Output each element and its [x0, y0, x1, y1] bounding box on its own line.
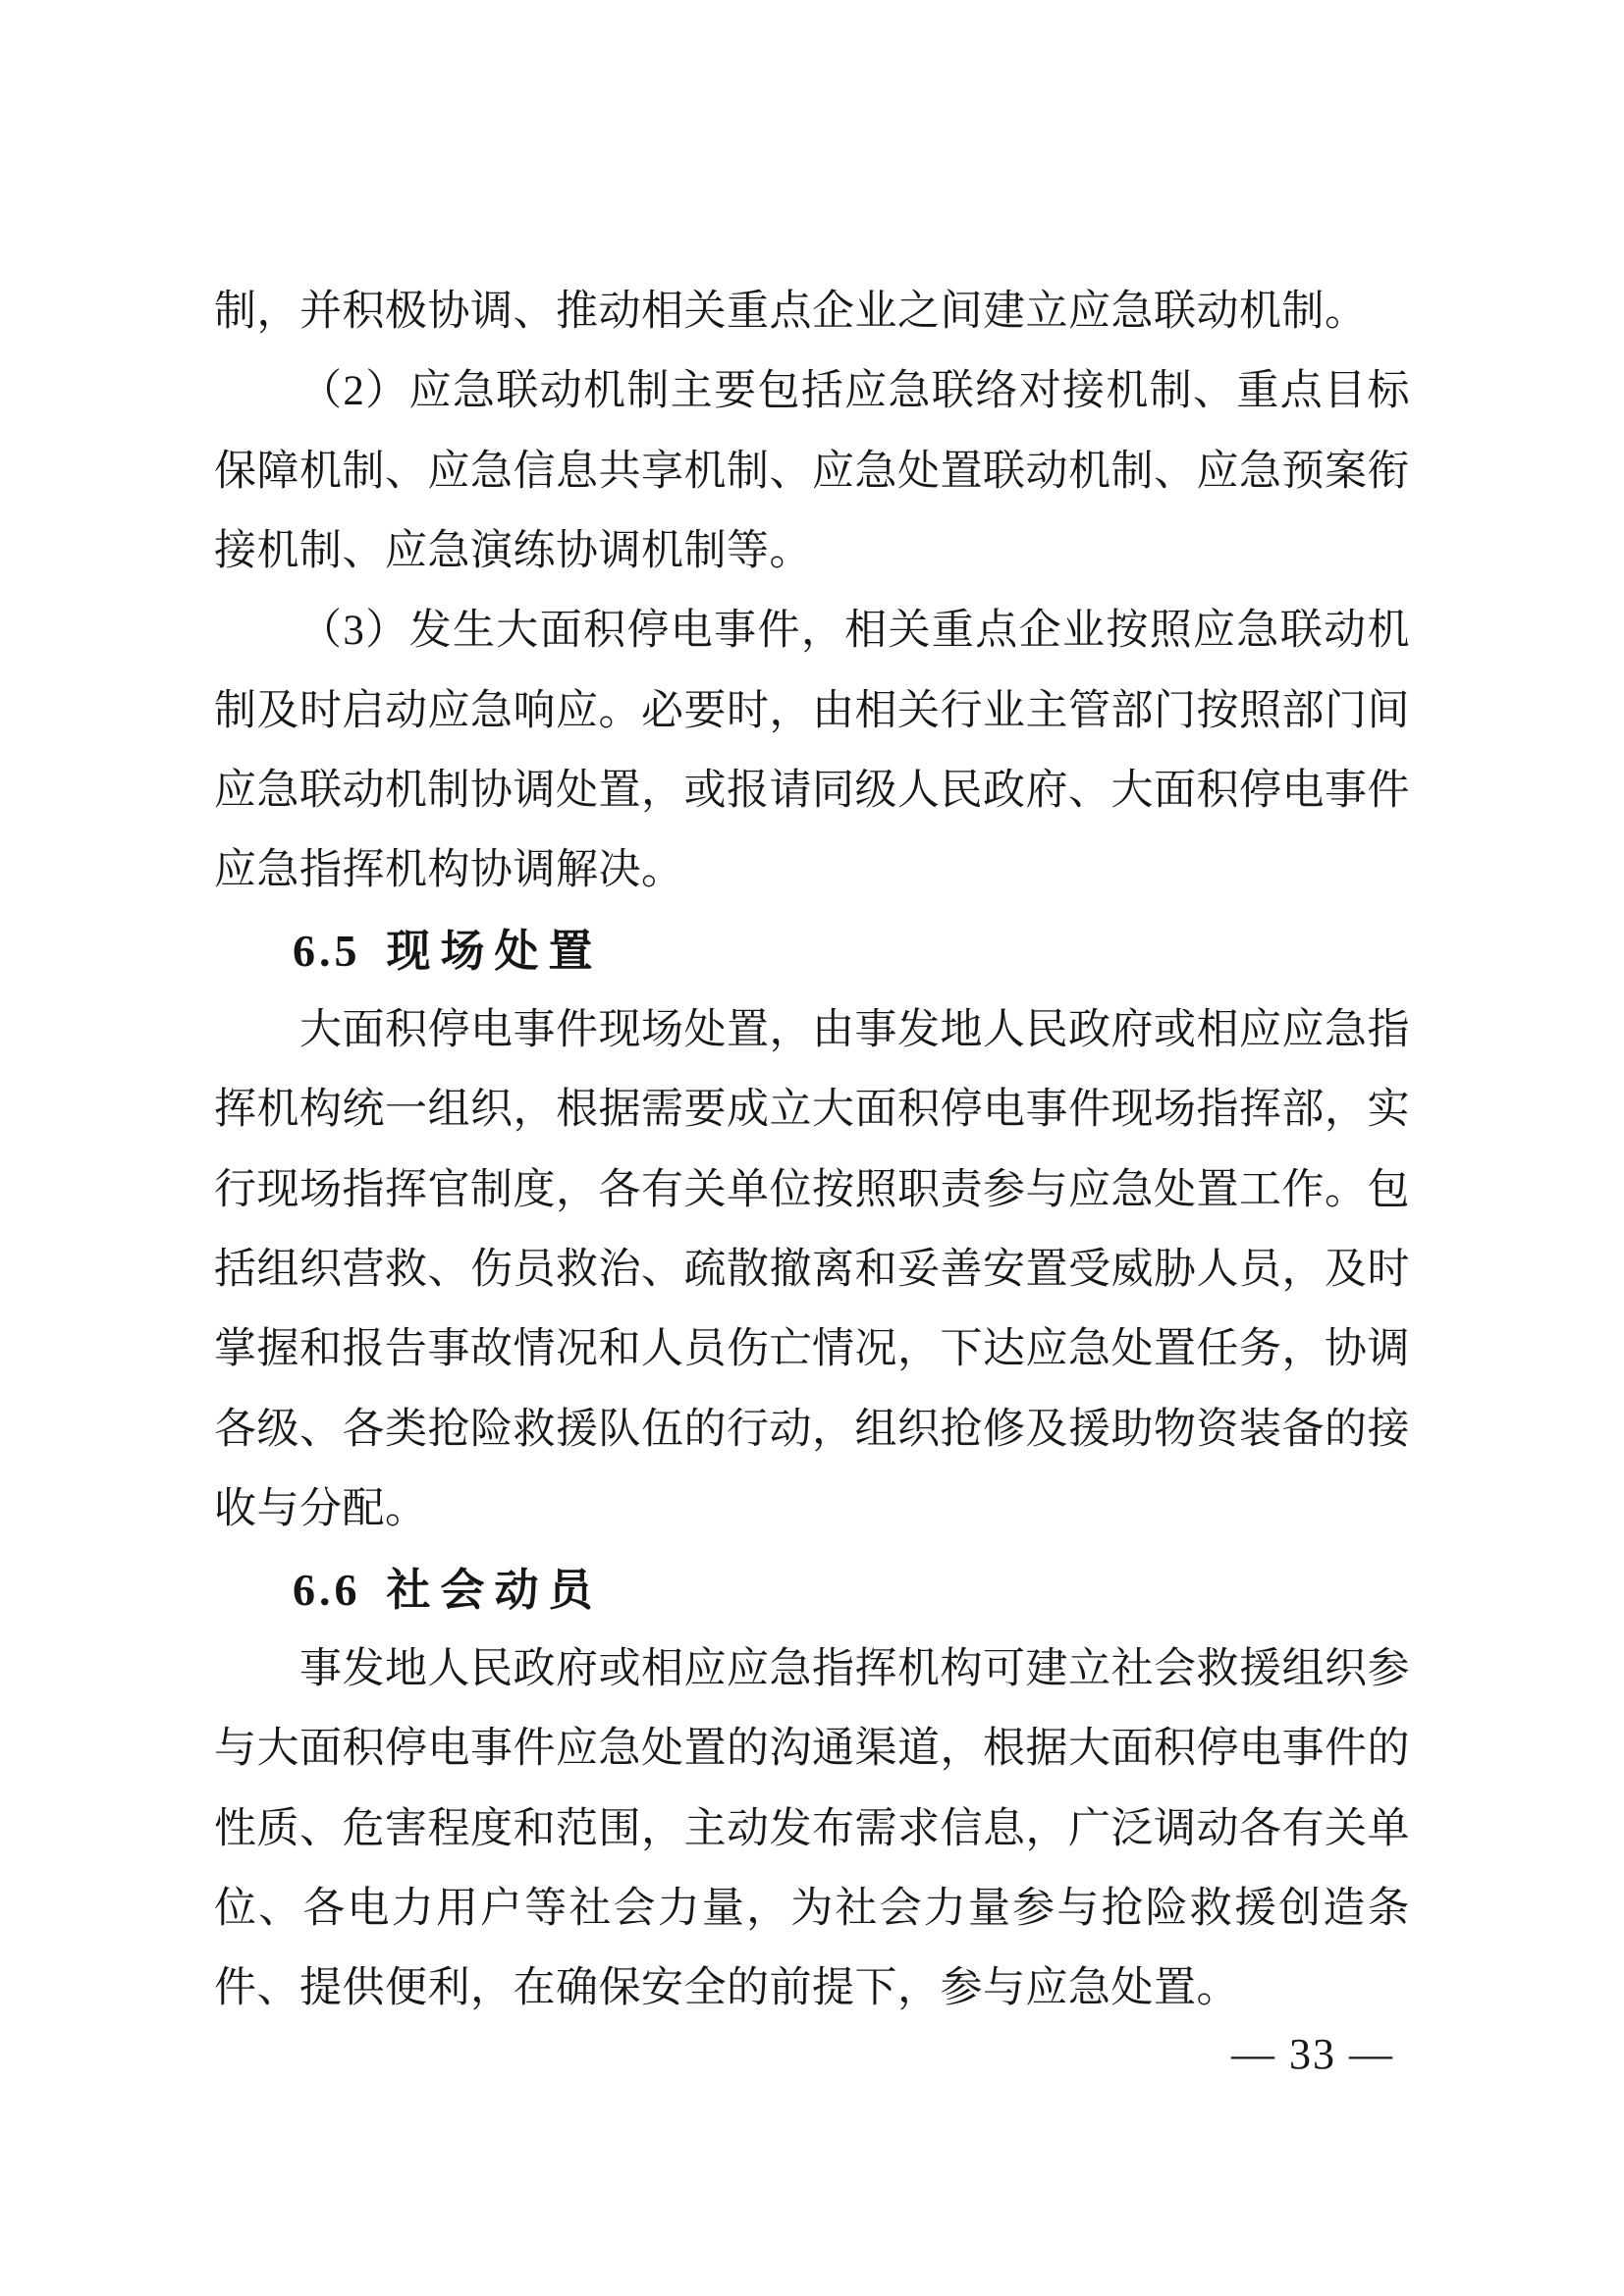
text-line: 与大面积停电事件应急处置的沟通渠道，根据大面积停电事件的	[214, 1709, 1410, 1789]
text-line: 挥机构统一组织，根据需要成立大面积停电事件现场指挥部，实	[214, 1070, 1410, 1149]
text-line: 行现场指挥官制度，各有关单位按照职责参与应急处置工作。包	[214, 1150, 1410, 1230]
section-number: 6.6	[293, 1565, 361, 1615]
section-title: 现场处置	[387, 927, 603, 976]
section-number: 6.5	[293, 926, 361, 976]
page-number: — 33 —	[1231, 2024, 1394, 2085]
text-line: 大面积停电事件现场处置，由事发地人民政府或相应应急指	[214, 990, 1410, 1070]
text-line: 事发地人民政府或相应应急指挥机构可建立社会救援组织参	[214, 1629, 1410, 1709]
text-line: 收与分配。	[214, 1469, 1410, 1549]
section-title: 社会动员	[387, 1566, 603, 1615]
text-line: 应急联动机制协调处置，或报请同级人民政府、大面积停电事件	[214, 751, 1410, 830]
section-heading-6-5: 6.5现场处置	[214, 911, 1410, 990]
text-line: 保障机制、应急信息共享机制、应急处置联动机制、应急预案衔	[214, 432, 1410, 511]
text-line: 性质、危害程度和范围，主动发布需求信息，广泛调动各有关单	[214, 1789, 1410, 1869]
text-line: 括组织营救、伤员救治、疏散撤离和妥善安置受威胁人员，及时	[214, 1230, 1410, 1309]
text-line: 制及时启动应急响应。必要时，由相关行业主管部门按照部门间	[214, 671, 1410, 751]
text-line: 掌握和报告事故情况和人员伤亡情况，下达应急处置任务，协调	[214, 1309, 1410, 1389]
text-line: 件、提供便利，在确保安全的前提下，参与应急处置。	[214, 1949, 1410, 2028]
text-line: 各级、各类抢险救援队伍的行动，组织抢修及援助物资装备的接	[214, 1390, 1410, 1469]
document-text-block: 制，并积极协调、推动相关重点企业之间建立应急联动机制。 （2）应急联动机制主要包…	[214, 272, 1410, 2029]
document-page: 制，并积极协调、推动相关重点企业之间建立应急联动机制。 （2）应急联动机制主要包…	[0, 0, 1624, 2296]
text-line: 接机制、应急演练协调机制等。	[214, 511, 1410, 591]
text-line: 制，并积极协调、推动相关重点企业之间建立应急联动机制。	[214, 272, 1410, 351]
text-line: 位、各电力用户等社会力量，为社会力量参与抢险救援创造条	[214, 1869, 1410, 1949]
text-line: 应急指挥机构协调解决。	[214, 830, 1410, 910]
section-heading-6-6: 6.6社会动员	[214, 1550, 1410, 1629]
text-line: （2）应急联动机制主要包括应急联络对接机制、重点目标	[214, 351, 1410, 431]
text-line: （3）发生大面积停电事件，相关重点企业按照应急联动机	[214, 591, 1410, 670]
